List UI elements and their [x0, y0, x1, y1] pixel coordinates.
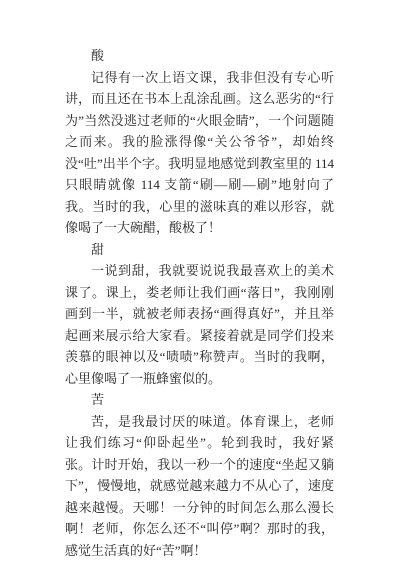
section-paragraph-suan: 记得有一次上语文课，我非但没有专心听讲，而且还在书本上乱涂乱画。这么恶劣的“行为… [65, 67, 334, 239]
section-heading-suan: 酸 [65, 45, 334, 67]
essay-document-page: 酸 记得有一次上语文课，我非但没有专心听讲，而且还在书本上乱涂乱画。这么恶劣的“… [0, 0, 400, 565]
section-heading-tian: 甜 [65, 239, 334, 261]
section-heading-ku: 苦 [65, 389, 334, 411]
section-tian: 甜 一说到甜，我就要说说我最喜欢上的美术课了。课上，娄老师让我们画“落日”，我刚… [65, 239, 334, 390]
section-suan: 酸 记得有一次上语文课，我非但没有专心听讲，而且还在书本上乱涂乱画。这么恶劣的“… [65, 45, 334, 239]
section-ku: 苦 苦，是我最讨厌的味道。体育课上，老师让我们练习“仰卧起坐”。轮到我时，我好紧… [65, 389, 334, 561]
section-paragraph-ku: 苦，是我最讨厌的味道。体育课上，老师让我们练习“仰卧起坐”。轮到我时，我好紧张。… [65, 411, 334, 562]
section-paragraph-tian: 一说到甜，我就要说说我最喜欢上的美术课了。课上，娄老师让我们画“落日”，我刚刚画… [65, 260, 334, 389]
